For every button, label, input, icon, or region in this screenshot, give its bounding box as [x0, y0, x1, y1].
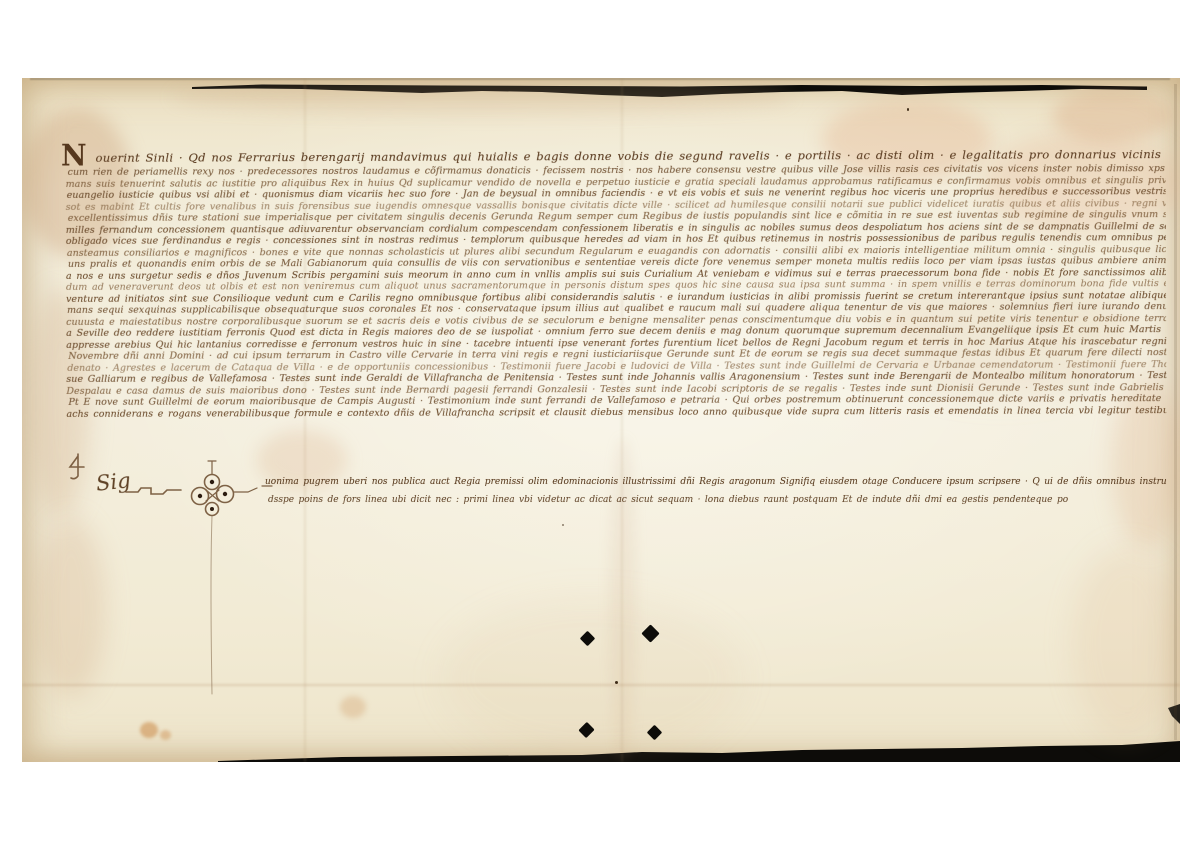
bottom-black-band	[218, 741, 1180, 762]
parchment-scan: N ouerint Sinli · Qd nos Ferrarius beren…	[22, 78, 1180, 762]
scan-page: N ouerint Sinli · Qd nos Ferrarius beren…	[0, 0, 1200, 848]
signum-label: Sig	[95, 468, 132, 495]
right-edge-shadow	[1174, 84, 1177, 740]
manuscript-text-block: ouerint Sinli · Qd nos Ferrarius berenga…	[66, 148, 1167, 420]
ink-speck	[907, 108, 909, 111]
fold-crease-horizontal	[22, 684, 1180, 686]
ink-speck	[615, 681, 618, 684]
notary-line: uonima pugrem uberi nos publica auct Reg…	[265, 476, 1167, 488]
notary-line: dsspe poins de fors linea ubi dicit nec …	[268, 494, 1068, 506]
top-black-band	[192, 85, 1147, 98]
ink-speck	[562, 524, 564, 526]
